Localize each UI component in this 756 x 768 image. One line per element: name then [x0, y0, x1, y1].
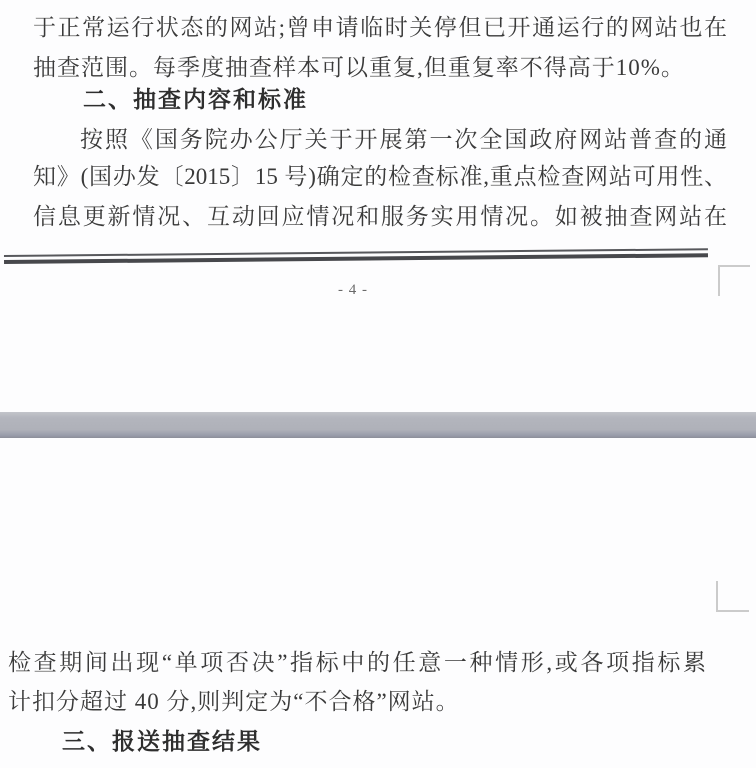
page-gap-separator	[0, 412, 756, 438]
document-viewer: 于正常运行状态的网站;曾申请临时关停但已开通运行的网站也在 抽查范围。每季度抽查…	[0, 0, 756, 768]
page-5: 检查期间出现“单项否决”指标中的任意一种情形,或各项指标累 计扣分超过 40 分…	[0, 438, 756, 768]
paragraph-line: 信息更新情况、互动回应情况和服务实用情况。如被抽查网站在	[33, 203, 727, 231]
paragraph-line: 按照《国务院办公厅关于开展第一次全国政府网站普查的通	[80, 126, 727, 154]
paragraph-line: 知》(国办发〔2015〕15 号)确定的检查标准,重点检查网站可用性、	[33, 163, 727, 191]
page-number: - 4 -	[0, 282, 706, 299]
paragraph-line: 于正常运行状态的网站;曾申请临时关停但已开通运行的网站也在	[33, 14, 727, 42]
text-boundary-corner-mark	[718, 265, 750, 296]
footer-rule	[4, 248, 708, 264]
paragraph-line: 抽查范围。每季度抽查样本可以重复,但重复率不得高于10%。	[33, 54, 685, 82]
paragraph-line: 检查期间出现“单项否决”指标中的任意一种情形,或各项指标累	[8, 649, 706, 677]
page-4: 于正常运行状态的网站;曾申请临时关停但已开通运行的网站也在 抽查范围。每季度抽查…	[0, 0, 756, 412]
section-heading-2: 二、抽查内容和标准	[83, 85, 308, 113]
text-boundary-corner-mark	[716, 581, 749, 612]
paragraph-line: 计扣分超过 40 分,则判定为“不合格”网站。	[8, 688, 460, 716]
section-heading-3: 三、报送抽查结果	[62, 727, 262, 755]
